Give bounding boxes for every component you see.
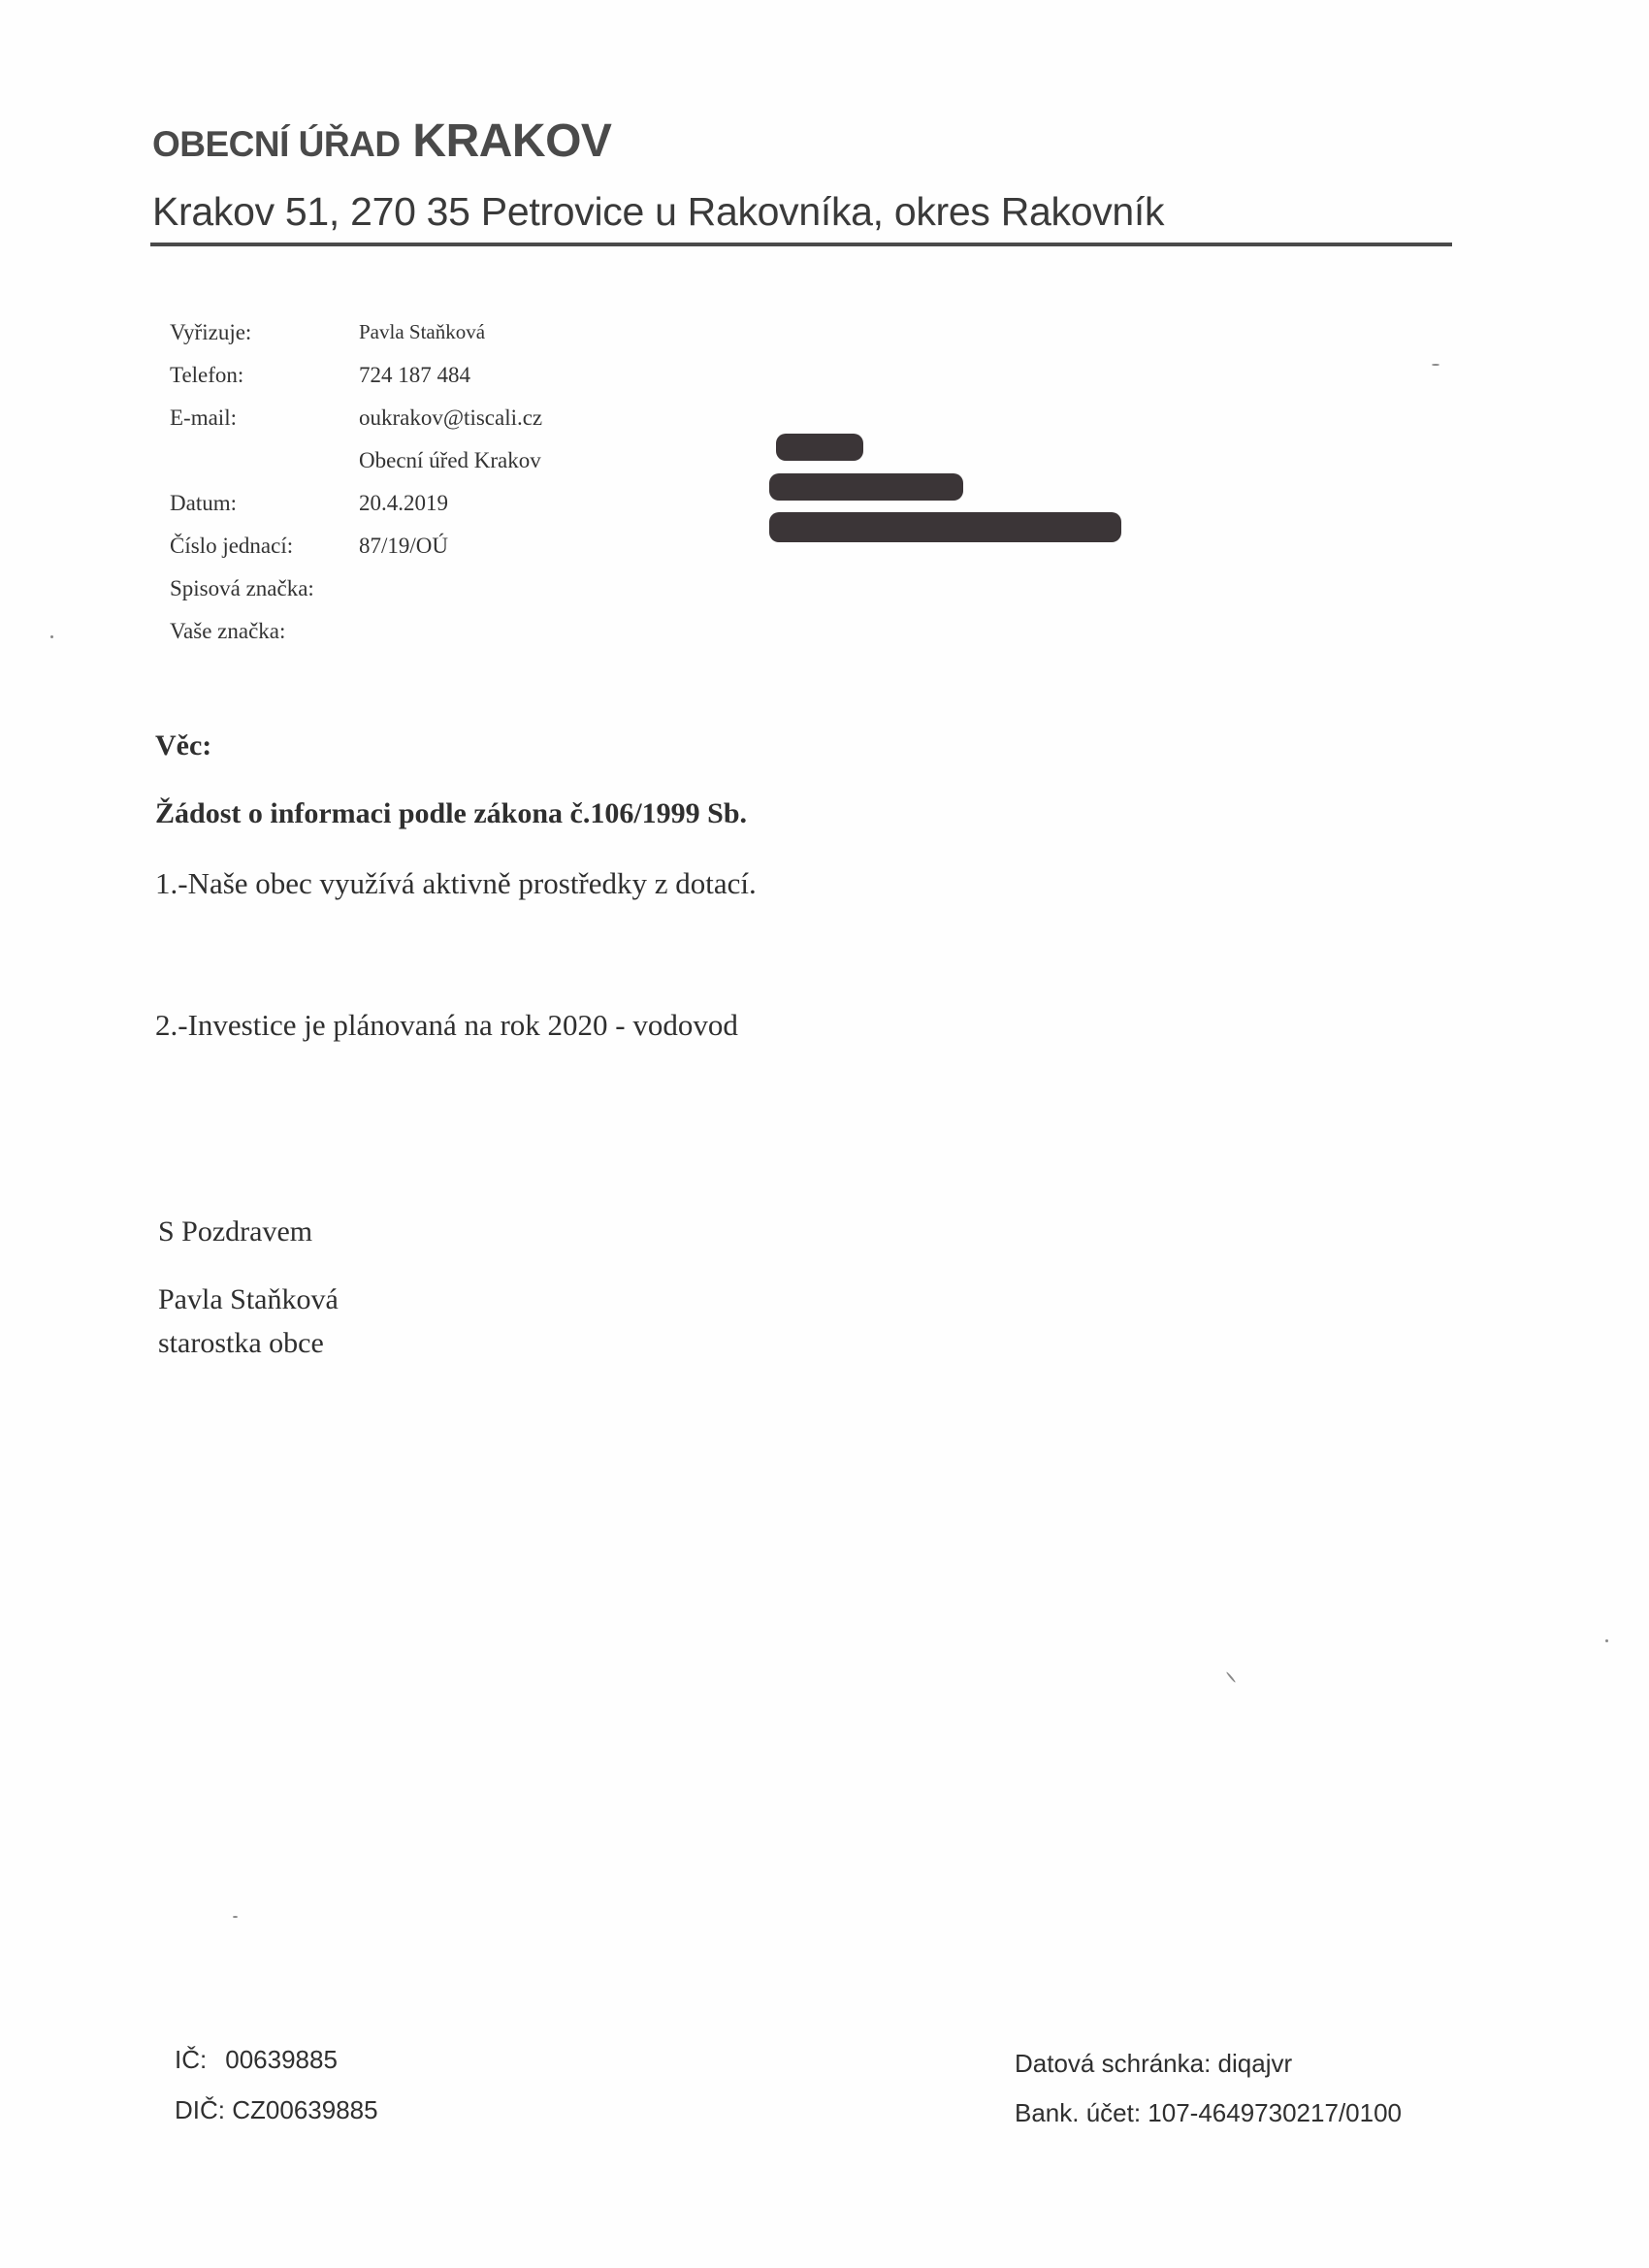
org-name-main: KRAKOV (412, 115, 611, 167)
org-address: Krakov 51, 270 35 Petrovice u Rakovníka,… (152, 189, 1164, 235)
meta-label: Vaše značka: (170, 619, 285, 644)
signer-name: Pavla Staňková (158, 1283, 339, 1316)
meta-value: 87/19/OÚ (359, 534, 448, 559)
org-name-prefix: Obecní úřad (152, 124, 401, 164)
subject: Žádost o informaci podle zákona č.106/19… (155, 797, 747, 830)
meta-label: Číslo jednací: (170, 534, 293, 559)
dic-value: CZ00639885 (232, 2095, 377, 2124)
paragraph-2: 2.-Investice je plánovaná na rok 2020 - … (155, 1008, 738, 1043)
meta-value: Pavla Staňková (359, 320, 485, 344)
subject-label: Věc: (155, 729, 211, 762)
signer-role: starostka obce (158, 1327, 324, 1360)
footer-data-box: Datová schránka: diqajvr (1015, 2049, 1292, 2079)
scan-speck (50, 635, 53, 638)
scan-speck (1432, 364, 1439, 366)
meta-label: Datum: (170, 491, 237, 516)
footer-dic: DIČ: CZ00639885 (175, 2095, 378, 2125)
email-link[interactable]: oukrakov@tiscali.cz (359, 405, 542, 431)
ic-value: 00639885 (225, 2045, 338, 2074)
scan-speck (1605, 1639, 1608, 1642)
footer-bank-account: Bank. účet: 107-4649730217/0100 (1015, 2098, 1402, 2128)
meta-value: 724 187 484 (359, 363, 470, 388)
paragraph-1: 1.-Naše obec využívá aktivně prostředky … (155, 866, 757, 901)
meta-label: Telefon: (170, 363, 243, 388)
letter-page: Obecní úřad KRAKOV Krakov 51, 270 35 Pet… (0, 0, 1649, 2268)
meta-label: Vyřizuje: (170, 320, 251, 345)
meta-value: Obecní úřed Krakov (359, 448, 541, 473)
greeting: S Pozdravem (158, 1215, 312, 1248)
meta-label: Spisová značka: (170, 576, 314, 601)
meta-value: 20.4.2019 (359, 491, 448, 516)
redaction-bar (769, 512, 1121, 542)
header-divider (150, 243, 1452, 246)
dic-label: DIČ: (175, 2095, 225, 2124)
scan-speck (1226, 1671, 1237, 1683)
footer-ic: IČ: 00639885 (175, 2045, 338, 2075)
redaction-bar (776, 434, 863, 461)
ic-label: IČ: (175, 2045, 218, 2075)
scan-speck (233, 1916, 238, 1918)
org-name: Obecní úřad KRAKOV (152, 114, 611, 168)
redaction-bar (769, 473, 963, 501)
meta-label: E-mail: (170, 405, 237, 431)
